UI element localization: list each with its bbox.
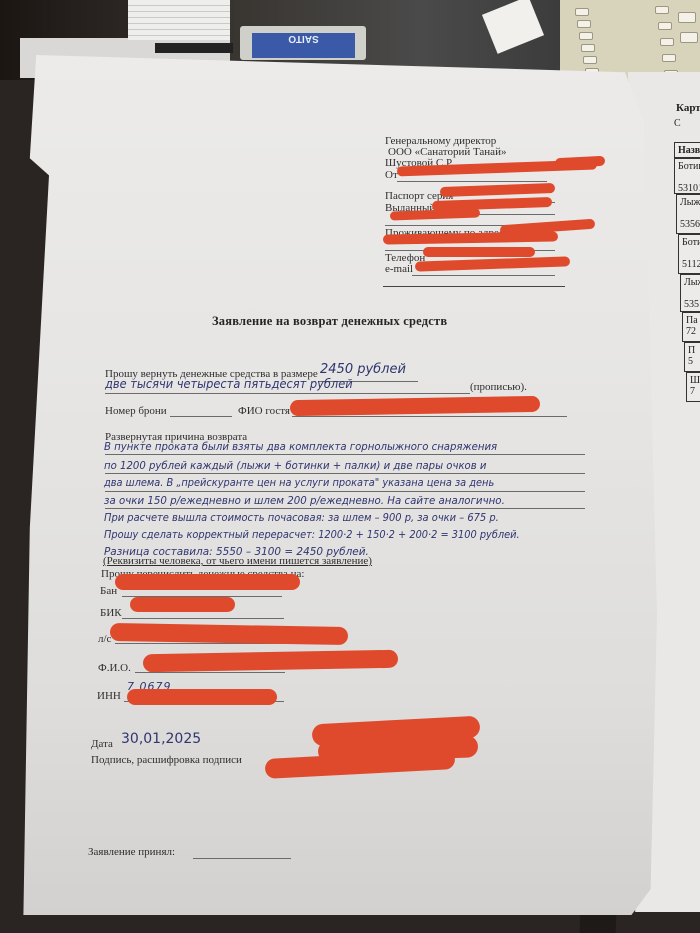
redaction xyxy=(127,689,277,705)
bik-field[interactable] xyxy=(122,618,284,619)
side-doc-row: Ш7 xyxy=(686,372,700,402)
side-doc-row: Боти5112 xyxy=(678,234,700,274)
booking-label: Номер брони xyxy=(105,405,167,417)
signature-label: Подпись, расшифровка подписи xyxy=(91,754,242,766)
fio-label: Ф.И.О. xyxy=(98,662,131,674)
reason-line-text: за очки 150 р/ежедневно и шлем 200 р/еже… xyxy=(104,494,505,507)
side-doc-row: Па72 xyxy=(682,312,700,342)
amount-words-line xyxy=(105,393,470,394)
email-line xyxy=(412,275,555,276)
booking-number-field[interactable] xyxy=(170,416,232,417)
side-doc-row: Лыжи5356 xyxy=(676,194,700,234)
bank-label: Бан xyxy=(100,585,117,597)
reason-line xyxy=(105,508,585,509)
box-label xyxy=(155,43,233,53)
reason-line-text: При расчете вышла стоимость почасовая: з… xyxy=(104,511,499,524)
redaction xyxy=(115,574,300,590)
from-line xyxy=(397,181,547,182)
document-title: Заявление на возврат денежных средств xyxy=(212,314,447,329)
side-doc-subtitle: С xyxy=(674,118,681,129)
header-separator xyxy=(383,286,565,287)
desk-phone xyxy=(560,0,700,82)
requisites-note: (Реквизиты человека, от чьего имени пише… xyxy=(103,555,372,567)
fio-field[interactable] xyxy=(135,672,285,673)
accepted-label: Заявление принял: xyxy=(88,846,175,858)
paper-stack xyxy=(128,0,230,40)
amount-words-suffix: (прописью). xyxy=(470,381,527,393)
date-handwritten: 30,01,2025 xyxy=(121,731,201,747)
from-label: От xyxy=(385,169,398,181)
side-doc-title: Карт xyxy=(676,102,700,114)
device-label: SAITO xyxy=(252,33,355,58)
guest-name-label: ФИО гостя xyxy=(238,405,290,417)
redaction xyxy=(423,247,535,257)
reason-line-text: два шлема. В „прейскуранте цен на услуги… xyxy=(104,476,494,489)
reason-line-text: по 1200 рублей каждый (лыжи + ботинки + … xyxy=(104,459,487,472)
guest-name-line xyxy=(292,416,567,417)
accepted-field[interactable] xyxy=(193,858,291,859)
side-doc-row: Ботин53101 xyxy=(674,158,700,194)
reason-line xyxy=(105,454,585,455)
side-doc-row: П5 xyxy=(684,342,700,372)
date-label: Дата xyxy=(91,738,113,750)
redaction xyxy=(130,597,235,612)
side-doc-row: Лыж535 xyxy=(680,274,700,312)
email-label: e-mail xyxy=(385,263,413,275)
inn-label: ИНН xyxy=(97,690,121,702)
reason-line xyxy=(105,473,585,474)
reason-line-text: Прошу сделать корректный перерасчет: 120… xyxy=(104,528,520,541)
side-doc-header: Назва xyxy=(674,142,700,158)
amount-handwritten: 2450 рублей xyxy=(320,362,406,377)
bik-label: БИК xyxy=(100,607,122,619)
amount-words-handwritten: две тысячи четыреста пятьдесят рублей xyxy=(105,377,353,391)
reason-line xyxy=(105,491,585,492)
reason-line-text: В пункте проката были взяты два комплект… xyxy=(104,440,497,453)
